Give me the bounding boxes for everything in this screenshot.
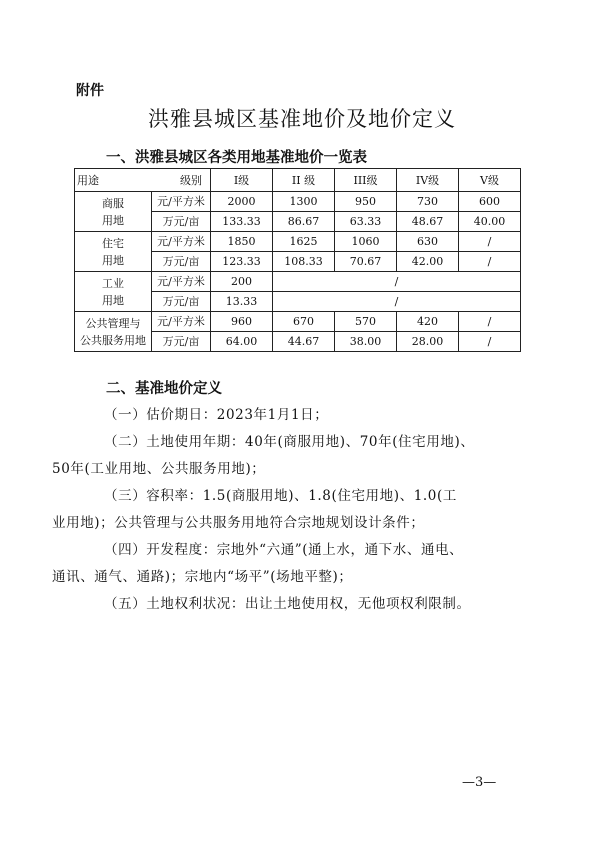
section2-heading: 二、基准地价定义 bbox=[106, 377, 222, 398]
use-label: 公共管理与 bbox=[75, 315, 151, 332]
use-cell: 商服 用地 bbox=[75, 192, 152, 232]
table-header-row: 用途 级别 I级 II 级 III级 IV级 V级 bbox=[75, 169, 521, 192]
corner-cell: 用途 级别 bbox=[75, 169, 211, 192]
unit-cell: 万元/亩 bbox=[152, 252, 211, 272]
level-header-5: V级 bbox=[459, 169, 521, 192]
use-label: 住宅 bbox=[75, 235, 151, 252]
table-row: 商服 用地 元/平方米 2000 1300 950 730 600 bbox=[75, 192, 521, 212]
level-header-1: I级 bbox=[211, 169, 273, 192]
value-cell: / bbox=[459, 252, 521, 272]
paragraph-line: （三）容积率：1.5(商服用地)、1.8(住宅用地)、1.0(工 bbox=[104, 488, 457, 504]
value-cell: 86.67 bbox=[273, 212, 335, 232]
unit-cell: 元/平方米 bbox=[152, 232, 211, 252]
value-cell: 13.33 bbox=[211, 292, 273, 312]
definition-paragraph-4: （四）开发程度：宗地外“六通”(通上水，通下水、通电、 通讯、通气、通路)；宗地… bbox=[76, 537, 526, 591]
value-cell: 570 bbox=[335, 312, 397, 332]
unit-cell: 万元/亩 bbox=[152, 212, 211, 232]
use-header: 用途 bbox=[77, 172, 99, 189]
use-label: 用地 bbox=[75, 292, 151, 309]
use-label: 用地 bbox=[75, 212, 151, 229]
unit-cell: 万元/亩 bbox=[152, 332, 211, 352]
value-cell: 123.33 bbox=[211, 252, 273, 272]
unit-cell: 元/平方米 bbox=[152, 272, 211, 292]
paragraph-line: （五）土地权利状况：出让土地使用权，无他项权利限制。 bbox=[104, 596, 471, 612]
use-label: 工业 bbox=[75, 275, 151, 292]
land-price-table: 用途 级别 I级 II 级 III级 IV级 V级 商服 用地 元/平方米 20… bbox=[74, 168, 521, 352]
paragraph-line: （一）估价期日：2023年1月1日； bbox=[104, 407, 328, 423]
use-cell: 住宅 用地 bbox=[75, 232, 152, 272]
level-header-4: IV级 bbox=[397, 169, 459, 192]
use-label: 商服 bbox=[75, 195, 151, 212]
table-row: 住宅 用地 元/平方米 1850 1625 1060 630 / bbox=[75, 232, 521, 252]
value-cell: 200 bbox=[211, 272, 273, 292]
document-title: 洪雅县城区基准地价及地价定义 bbox=[0, 103, 604, 133]
value-cell: 670 bbox=[273, 312, 335, 332]
level-header-3: III级 bbox=[335, 169, 397, 192]
value-cell: 40.00 bbox=[459, 212, 521, 232]
paragraph-line: 业用地)；公共管理与公共服务用地符合宗地规划设计条件； bbox=[52, 515, 424, 531]
value-cell: 28.00 bbox=[397, 332, 459, 352]
paragraph-line: 50年(工业用地、公共服务用地)； bbox=[52, 461, 265, 477]
value-cell: 64.00 bbox=[211, 332, 273, 352]
attachment-label: 附件 bbox=[76, 80, 104, 100]
merged-value-cell: / bbox=[273, 272, 521, 292]
value-cell: 1625 bbox=[273, 232, 335, 252]
table-row: 工业 用地 元/平方米 200 / bbox=[75, 272, 521, 292]
value-cell: 420 bbox=[397, 312, 459, 332]
definition-paragraph-1: （一）估价期日：2023年1月1日； bbox=[76, 402, 526, 429]
value-cell: 1300 bbox=[273, 192, 335, 212]
value-cell: 960 bbox=[211, 312, 273, 332]
definition-paragraph-2: （二）土地使用年期：40年(商服用地)、70年(住宅用地)、 50年(工业用地、… bbox=[76, 429, 526, 483]
merged-value-cell: / bbox=[273, 292, 521, 312]
use-cell: 公共管理与 公共服务用地 bbox=[75, 312, 152, 352]
value-cell: 2000 bbox=[211, 192, 273, 212]
value-cell: 630 bbox=[397, 232, 459, 252]
value-cell: / bbox=[459, 312, 521, 332]
unit-cell: 万元/亩 bbox=[152, 292, 211, 312]
level-header-2: II 级 bbox=[273, 169, 335, 192]
value-cell: 38.00 bbox=[335, 332, 397, 352]
value-cell: 950 bbox=[335, 192, 397, 212]
use-cell: 工业 用地 bbox=[75, 272, 152, 312]
paragraph-line: （四）开发程度：宗地外“六通”(通上水，通下水、通电、 bbox=[104, 542, 463, 558]
table-row: 公共管理与 公共服务用地 元/平方米 960 670 570 420 / bbox=[75, 312, 521, 332]
value-cell: 42.00 bbox=[397, 252, 459, 272]
unit-cell: 元/平方米 bbox=[152, 192, 211, 212]
definition-paragraph-5: （五）土地权利状况：出让土地使用权，无他项权利限制。 bbox=[76, 591, 526, 618]
value-cell: 133.33 bbox=[211, 212, 273, 232]
value-cell: / bbox=[459, 232, 521, 252]
value-cell: 44.67 bbox=[273, 332, 335, 352]
section1-heading: 一、洪雅县城区各类用地基准地价一览表 bbox=[106, 146, 367, 167]
use-label: 公共服务用地 bbox=[75, 332, 151, 349]
value-cell: 48.67 bbox=[397, 212, 459, 232]
paragraph-line: （二）土地使用年期：40年(商服用地)、70年(住宅用地)、 bbox=[104, 434, 474, 450]
value-cell: 108.33 bbox=[273, 252, 335, 272]
value-cell: 730 bbox=[397, 192, 459, 212]
value-cell: 1850 bbox=[211, 232, 273, 252]
value-cell: 63.33 bbox=[335, 212, 397, 232]
page-number: —3— bbox=[462, 775, 496, 790]
unit-cell: 元/平方米 bbox=[152, 312, 211, 332]
level-header: 级别 bbox=[180, 172, 202, 189]
value-cell: 70.67 bbox=[335, 252, 397, 272]
use-label: 用地 bbox=[75, 252, 151, 269]
value-cell: 1060 bbox=[335, 232, 397, 252]
paragraph-line: 通讯、通气、通路)；宗地内“场平”(场地平整)； bbox=[52, 569, 353, 585]
definition-paragraph-3: （三）容积率：1.5(商服用地)、1.8(住宅用地)、1.0(工 业用地)；公共… bbox=[76, 483, 526, 537]
value-cell: / bbox=[459, 332, 521, 352]
value-cell: 600 bbox=[459, 192, 521, 212]
